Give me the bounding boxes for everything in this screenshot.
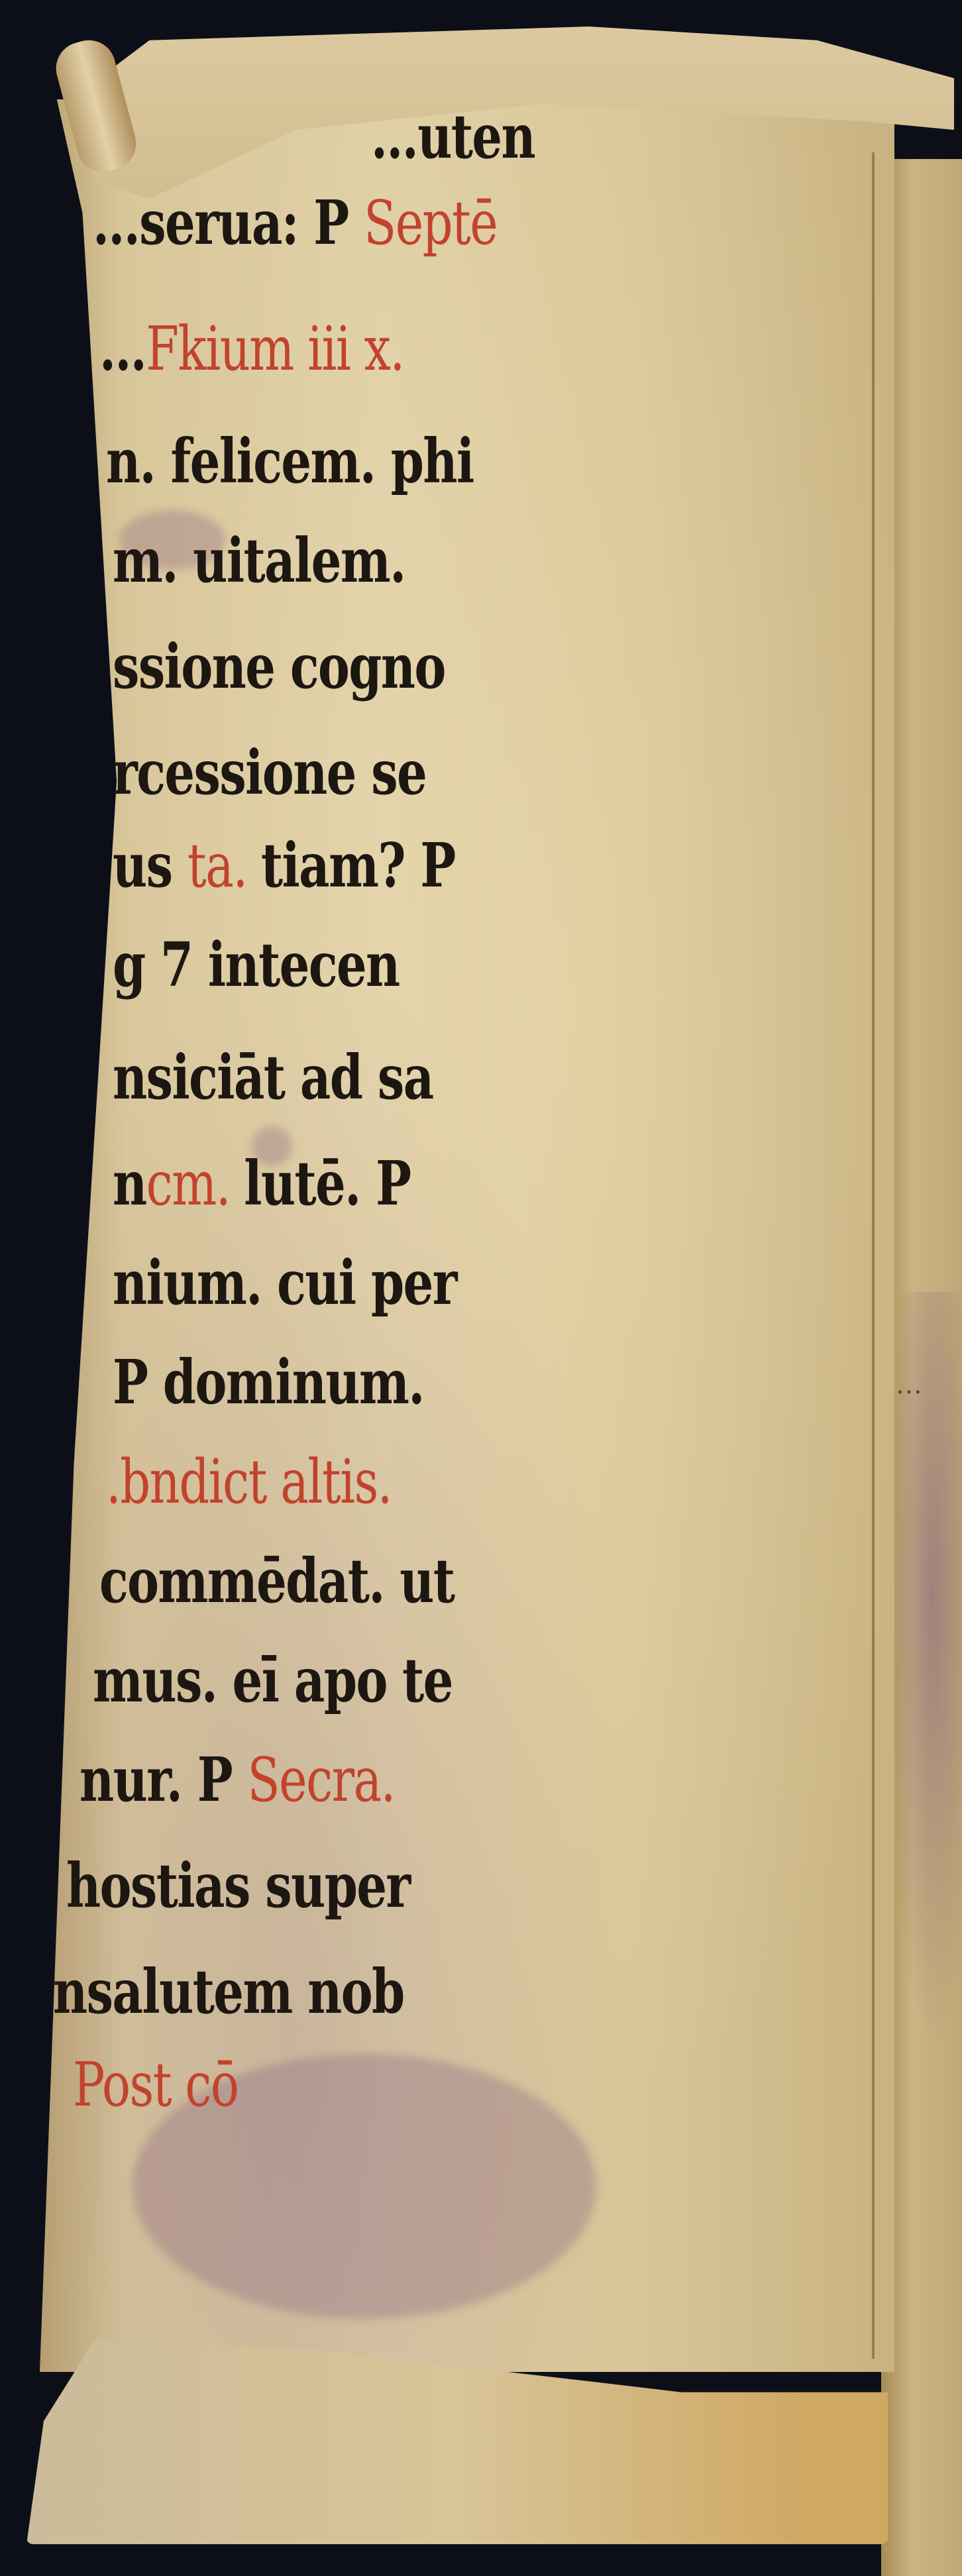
manuscript-text-column: …uten…serua: P Septē…Fkium iii x.n. feli… — [0, 0, 962, 2576]
manuscript-line: rcessione se — [113, 742, 426, 803]
ink-text: rcessione se — [113, 737, 426, 808]
ink-text: n — [113, 1148, 146, 1219]
manuscript-line: m. uitalem. — [113, 530, 405, 591]
manuscript-line: g 7 intecen — [113, 934, 400, 995]
ink-text: hostias super — [66, 1850, 410, 1921]
ink-text: commēdat. ut — [99, 1545, 454, 1617]
ink-text: … — [99, 313, 146, 384]
manuscript-line: hostias super — [66, 1855, 410, 1916]
manuscript-line: nsiciāt ad sa — [113, 1047, 433, 1108]
ink-text: tiam? P — [261, 830, 455, 901]
rubric-text: .bndict altis. — [106, 1446, 392, 1517]
rubric-text: Fkium iii x. — [146, 313, 404, 384]
ink-text: nsiciāt ad sa — [113, 1042, 433, 1113]
ink-text: nsalutem nob — [53, 1956, 404, 2027]
ink-text: us — [113, 830, 187, 901]
manuscript-line: nium. cui per — [113, 1252, 456, 1313]
manuscript-line: ssione cogno — [113, 636, 445, 697]
manuscript-line: …serua: P Septē — [93, 192, 497, 254]
manuscript-line: Post cō — [73, 2054, 239, 2116]
right-marginalia: … — [896, 1312, 955, 1458]
ink-text: m. uitalem. — [113, 525, 405, 596]
manuscript-line: mus. eī apo te — [93, 1650, 453, 1711]
manuscript-line: us ta. tiam? P — [113, 835, 455, 896]
manuscript-line: commēdat. ut — [99, 1550, 454, 1611]
rubric-text: Secra. — [248, 1744, 395, 1815]
manuscript-line: nsalutem nob — [53, 1961, 404, 2022]
ink-text: nium. cui per — [113, 1247, 456, 1318]
ink-text: P dominum. — [113, 1346, 424, 1418]
ink-text: n. felicem. phi — [106, 425, 474, 497]
manuscript-line: nur. P Secra. — [80, 1749, 395, 1811]
manuscript-line: …Fkium iii x. — [99, 318, 404, 380]
rubric-text: Post cō — [73, 2049, 239, 2120]
manuscript-line: n. felicem. phi — [106, 431, 474, 492]
ink-text: …serua: P — [93, 187, 364, 258]
rubric-text: Septē — [364, 188, 497, 258]
ink-text: g 7 intecen — [113, 929, 400, 1000]
ink-text: ssione cogno — [113, 631, 445, 702]
rubric-text: cm. — [146, 1148, 244, 1219]
manuscript-line: .bndict altis. — [106, 1451, 392, 1513]
ink-text: nur. P — [80, 1744, 248, 1815]
manuscript-line: ncm. lutē. P — [113, 1153, 410, 1214]
ink-text: mus. eī apo te — [93, 1644, 453, 1716]
rubric-text: ta. — [187, 830, 261, 901]
ink-text: lutē. P — [244, 1148, 410, 1219]
manuscript-line: P dominum. — [113, 1352, 424, 1413]
